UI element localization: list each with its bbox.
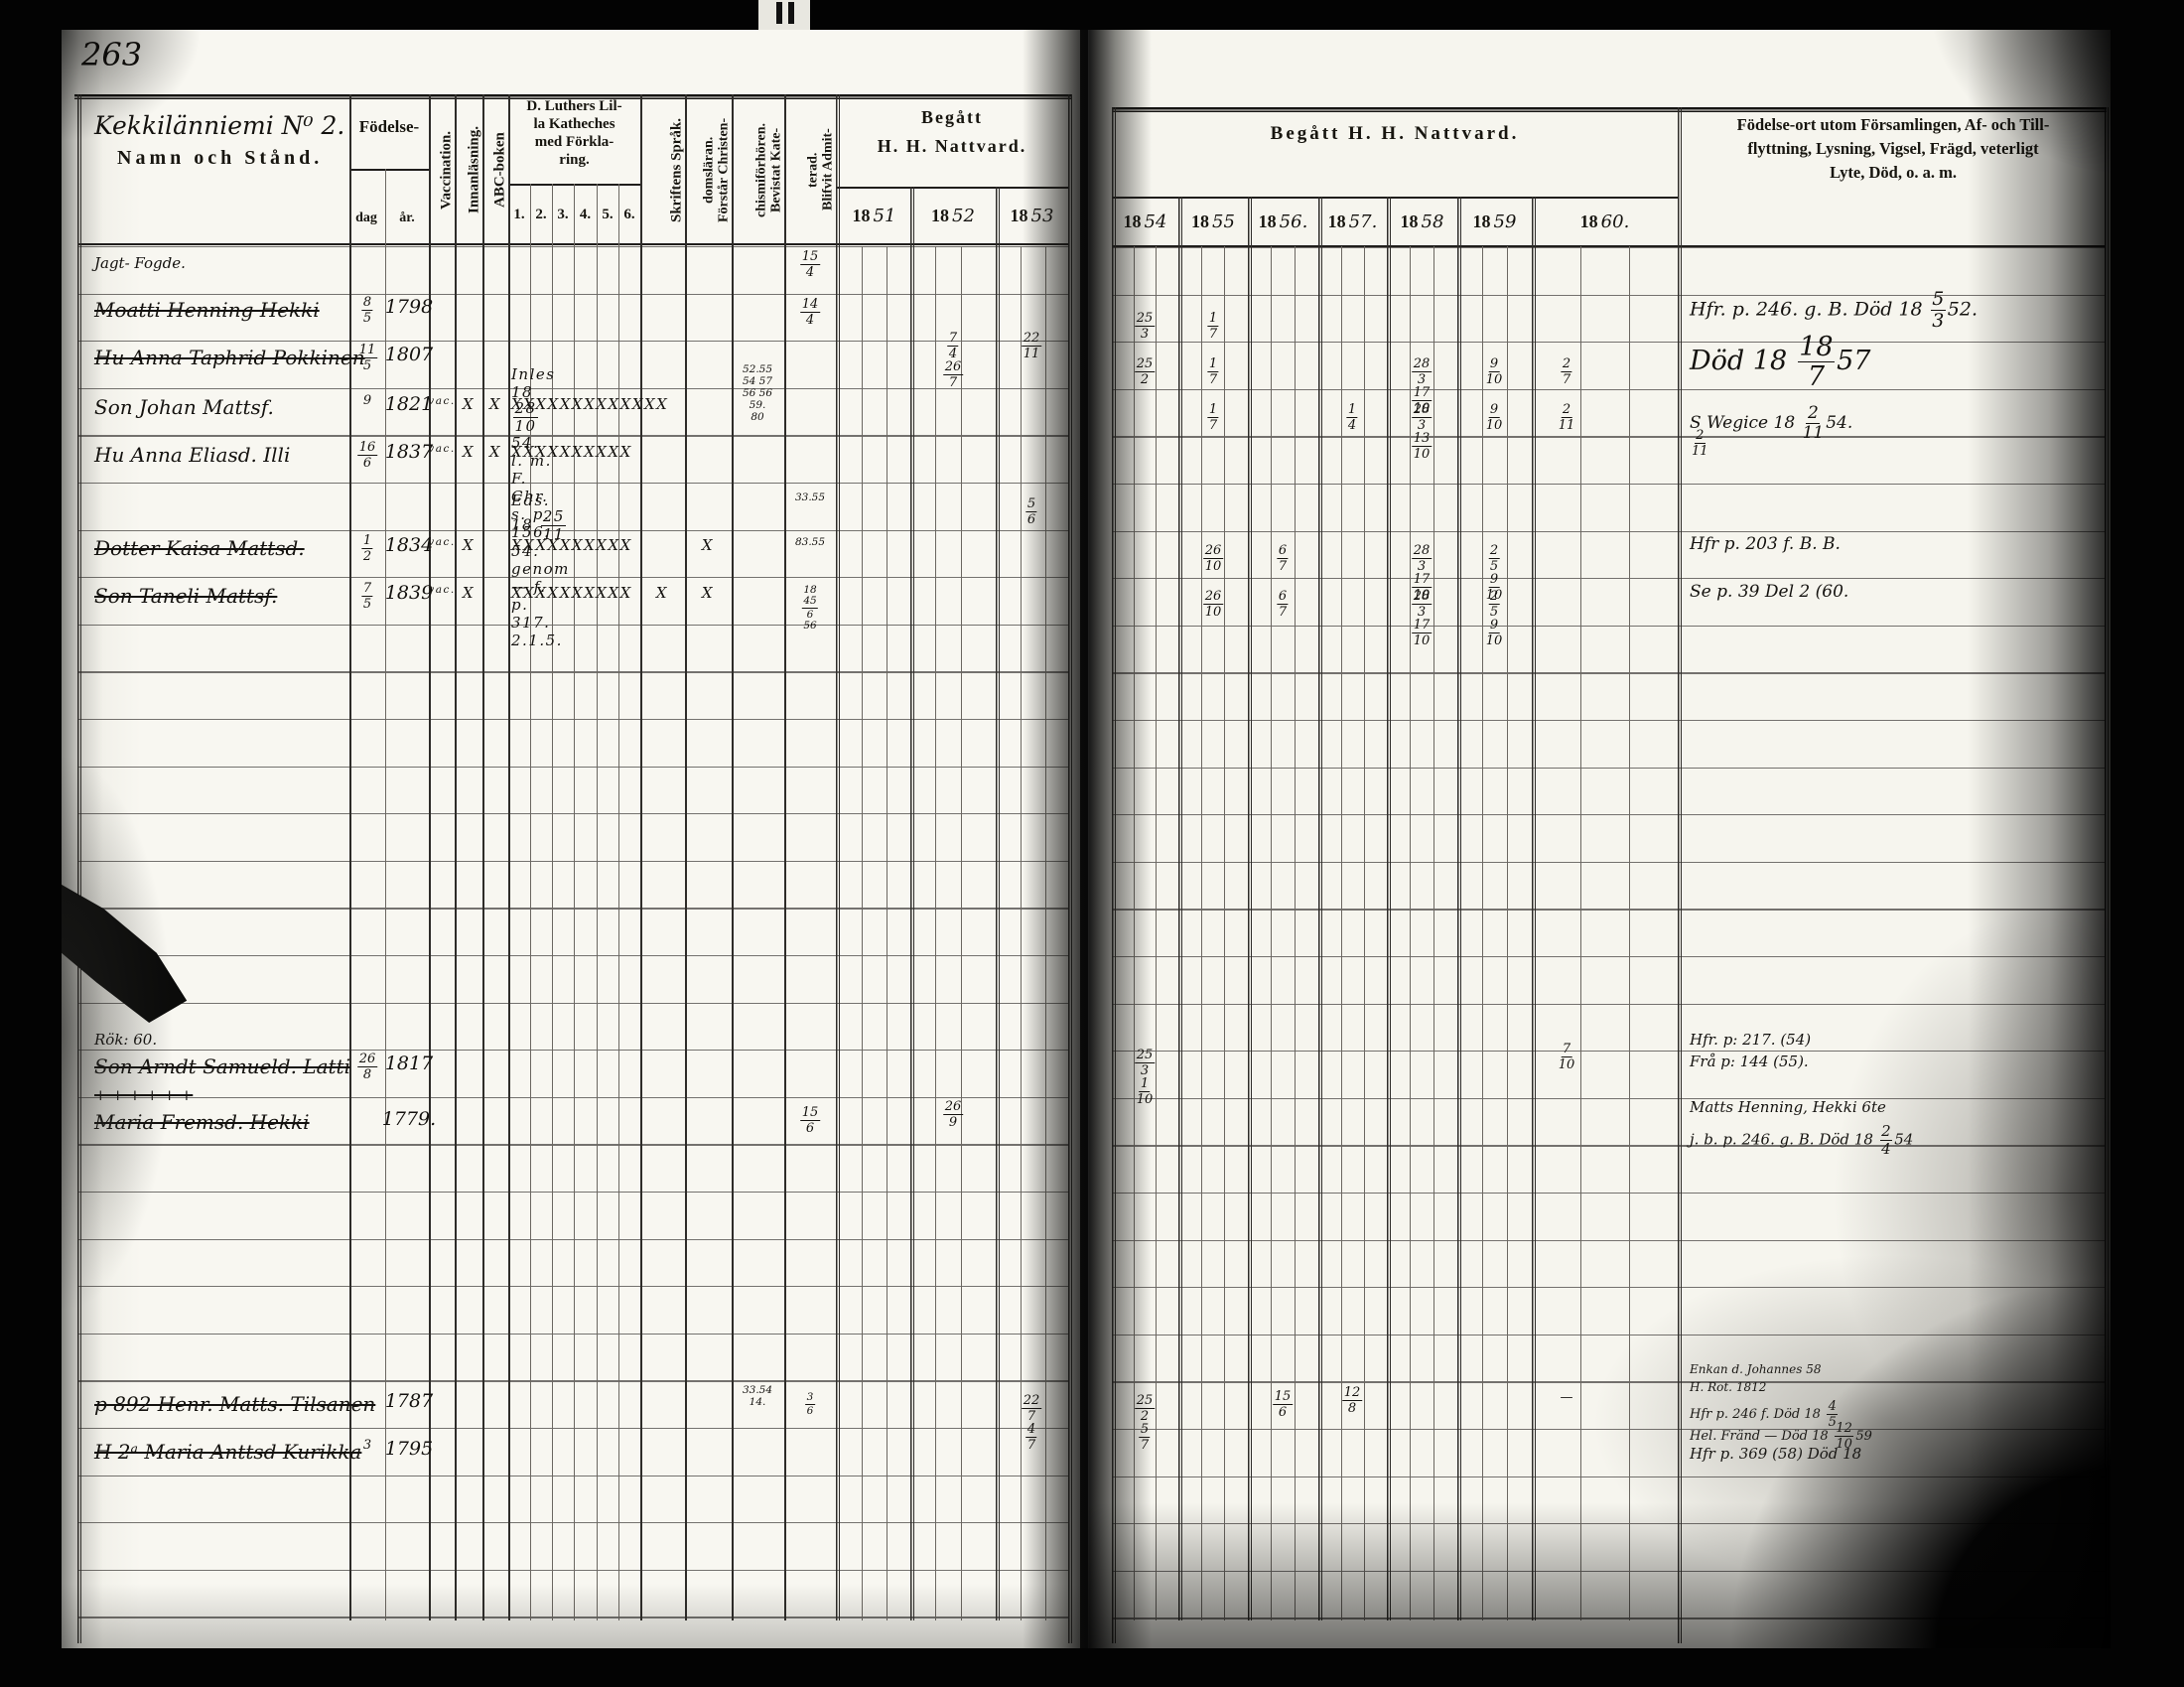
table-rule-h <box>1112 107 2107 112</box>
record-mark-y1852: 74267 <box>941 332 965 389</box>
table-rule-h <box>1112 814 2105 815</box>
table-rule-v <box>935 246 936 1620</box>
birth-day-value: 85 <box>359 296 374 325</box>
record-name: Jagt- Fogde. <box>94 254 186 272</box>
birth-day-header: dag <box>347 211 385 226</box>
table-rule-h <box>1112 342 2105 343</box>
record-mark-bevistat: 33.54 14. <box>743 1384 772 1408</box>
table-rule-v <box>732 94 734 1620</box>
top-film-border <box>0 0 2184 30</box>
catechism-part-header: 2. <box>530 207 552 223</box>
table-rule-v <box>862 246 863 1620</box>
record-mark-y1855: 17 <box>1205 403 1220 432</box>
record-mark-y1858: 2831710 <box>1410 590 1433 647</box>
record-name: Son Taneli Mattsf. <box>94 584 277 608</box>
abc-book-column-header: ABC-boken <box>482 99 508 240</box>
table-rule-h <box>77 908 1068 909</box>
record-name: Dotter Kaisa Mattsd. <box>94 536 305 560</box>
table-rule-h <box>77 1144 1068 1145</box>
table-rule-v <box>1224 246 1225 1620</box>
margin-note: H. Rot. 1812 <box>1690 1380 1766 1394</box>
record-name: Hu Anna Taphrid Pokkinen <box>94 346 365 369</box>
table-rule-v <box>1387 197 1391 1620</box>
birth-year-value: 1839 <box>385 582 433 604</box>
record-mark-y1856: 67 <box>1275 590 1290 619</box>
table-rule-h <box>77 861 1068 862</box>
record-mark-innan: X <box>463 395 475 413</box>
record-mark-y1858: 2831310 <box>1410 403 1433 461</box>
table-rule-h <box>1112 436 2105 437</box>
record-name: Hu Anna Eliasd. Illi <box>94 443 290 467</box>
understands-doctrine-column-header: Förstår Christen- domsläran. <box>685 99 732 240</box>
table-rule-h <box>77 530 1068 531</box>
record-mark-y1855: 2610 <box>1201 544 1225 573</box>
birth-year-value: 1807 <box>385 344 433 365</box>
record-name: Maria Fremsd. Hekki <box>94 1110 310 1134</box>
table-rule-h <box>77 388 1068 389</box>
table-rule-v <box>996 187 1000 1620</box>
table-rule-v <box>482 94 484 1620</box>
table-rule-h <box>1112 578 2105 579</box>
record-mark-vacc: vac. <box>428 536 455 548</box>
table-rule-h <box>77 1476 1068 1476</box>
table-rule-h <box>77 243 1068 245</box>
table-rule-h <box>77 1003 1068 1004</box>
catechism-exam-column-header: Bevistat Kate- chismiförhören. <box>732 99 784 240</box>
table-rule-h <box>1112 862 2105 863</box>
table-rule-h <box>77 341 1068 342</box>
record-mark-kat: XXXXXXXXXX <box>511 584 632 602</box>
margin-note: S Wegice 18 21154. <box>1690 405 1852 442</box>
catechism-part-header: 4. <box>574 207 597 223</box>
year-header-1855: 1855 <box>1178 199 1248 244</box>
table-rule-h <box>77 1617 1068 1617</box>
table-rule-h <box>77 671 1068 672</box>
record-mark-y1857: 128 <box>1340 1386 1364 1415</box>
year-header-1858: 1858 <box>1387 199 1457 244</box>
table-rule-h <box>77 1522 1068 1523</box>
table-rule-h <box>77 1050 1068 1051</box>
table-rule-v <box>1433 246 1434 1620</box>
table-rule-h <box>1112 1098 2105 1099</box>
table-rule-h <box>1112 1523 2105 1524</box>
table-rule-h <box>349 169 429 171</box>
table-rule-v <box>887 246 887 1620</box>
table-rule-h <box>1112 531 2105 532</box>
birth-day-value: 268 <box>355 1053 379 1081</box>
table-rule-h <box>77 1428 1068 1429</box>
film-frame-mark <box>758 0 810 30</box>
table-rule-h <box>77 435 1068 436</box>
table-rule-h <box>1112 247 2105 248</box>
table-rule-v <box>1629 246 1630 1620</box>
record-mark-y1856: 156 <box>1271 1390 1295 1419</box>
table-rule-h <box>1112 1287 2105 1288</box>
birth-year-value: 1795 <box>385 1438 433 1460</box>
birth-day-value: 166 <box>355 441 379 470</box>
year-header-1851: 1851 <box>838 189 910 243</box>
vaccination-column-header: Vaccination. <box>428 99 455 240</box>
table-rule-h <box>77 813 1068 814</box>
table-rule-h <box>1112 484 2105 485</box>
record-mark-admit: 144 <box>798 298 822 327</box>
table-rule-v <box>1178 197 1182 1620</box>
table-rule-h <box>1112 1004 2105 1005</box>
table-rule-h <box>77 1097 1068 1098</box>
record-mark-admit: 154 <box>798 250 822 279</box>
table-rule-h <box>1112 626 2105 627</box>
margin-note: Död 18 18757 <box>1690 334 1870 390</box>
record-mark-admit: 33.55 <box>795 492 825 503</box>
birth-day-value: 9 <box>363 393 371 408</box>
record-mark-y1855: 17 <box>1205 357 1220 386</box>
record-mark-y1859: 910 <box>1484 357 1505 386</box>
bottom-film-border <box>0 1648 2184 1687</box>
table-rule-v <box>685 94 687 1620</box>
record-mark-y1860: — <box>1561 1390 1573 1405</box>
record-name: Son Arndt Samueld. Latti <box>94 1054 350 1078</box>
table-rule-h <box>1112 1193 2105 1194</box>
table-rule-h <box>77 1380 1068 1381</box>
record-mark-y1856: 67 <box>1275 544 1290 573</box>
record-mark-sprak: X <box>656 584 668 602</box>
record-mark-kat: Eds. 18 251154. genom — f. p. 317. 2.1.5… <box>511 492 570 649</box>
table-rule-v <box>1201 246 1202 1620</box>
record-mark-y1859: 25910 <box>1484 590 1505 647</box>
record-mark-abc: X <box>489 395 501 413</box>
record-mark-kat: XXXXXXXXXX <box>511 443 632 461</box>
record-name: Moatti Henning Hekki <box>94 298 320 322</box>
year-header-1859: 1859 <box>1457 199 1532 244</box>
table-rule-h <box>1112 1571 2105 1572</box>
record-mark-vacc: vac. <box>428 443 455 455</box>
margin-note: Frå p: 144 (55). <box>1690 1053 1809 1070</box>
table-rule-h <box>77 1334 1068 1335</box>
table-rule-v <box>1532 197 1536 1620</box>
table-rule-v <box>1580 246 1581 1620</box>
catechism-part-header: 6. <box>618 207 640 223</box>
table-rule-h <box>1112 909 2105 910</box>
table-rule-h <box>1112 1240 2105 1241</box>
table-rule-h <box>77 246 1068 247</box>
table-rule-h <box>77 294 1068 295</box>
table-rule-h <box>77 483 1068 484</box>
record-mark-admit: 156 <box>798 1106 822 1135</box>
margin-note: Enkan d. Johannes 58 <box>1690 1362 1822 1376</box>
record-mark-y1857: 14 <box>1344 403 1359 432</box>
record-mark-admit: 18 45656 <box>800 584 820 632</box>
record-name: Son Johan Mattsf. <box>94 395 274 419</box>
record-name: Rök: 60. <box>94 1031 157 1049</box>
table-rule-v <box>1318 197 1322 1620</box>
record-mark-y1860: 710 <box>1557 1043 1577 1071</box>
record-mark-vacc: vac. <box>428 584 455 596</box>
record-name: + + + + + + <box>94 1086 193 1104</box>
record-mark-bevistat: 52.55 54 57 56 56 59. 80 <box>743 363 772 423</box>
table-rule-h <box>77 577 1068 578</box>
record-mark-vacc: vac. <box>428 395 455 407</box>
birth-year-header: år. <box>385 211 429 226</box>
catechism-part-header: 3. <box>552 207 574 223</box>
record-mark-innan: X <box>463 584 475 602</box>
table-rule-v <box>2105 107 2109 1643</box>
table-rule-h <box>77 719 1068 720</box>
table-rule-h <box>74 94 1072 99</box>
script-language-column-header: Skriftens Språk. <box>640 99 685 240</box>
record-mark-abc: X <box>489 443 501 461</box>
page-number: 263 <box>81 36 142 73</box>
table-rule-v <box>1507 246 1508 1620</box>
namn-och-stand-header: Namn och Stånd. <box>117 147 323 170</box>
table-rule-h <box>1112 672 2105 673</box>
table-rule-v <box>961 246 962 1620</box>
record-mark-y1859: 910 <box>1484 403 1505 432</box>
right-page-paper <box>1088 30 2111 1648</box>
birth-year-value: 1779. <box>382 1108 436 1130</box>
table-rule-h <box>77 1570 1068 1571</box>
record-mark-admit: 36 <box>803 1392 817 1416</box>
birth-year-value: 1787 <box>385 1390 433 1412</box>
record-name: H 2ᵃ Maria Anttsd Kurikka <box>94 1440 361 1464</box>
margin-note: Hfr p. 203 f. B. B. <box>1690 534 1841 554</box>
record-mark-innan: X <box>463 443 475 461</box>
year-header-1856: 1856. <box>1248 199 1318 244</box>
table-rule-h <box>1112 1617 2105 1618</box>
birth-year-value: 1821 <box>385 393 433 415</box>
birth-day-value: 75 <box>359 582 374 611</box>
catechism-part-header: 5. <box>597 207 618 223</box>
table-rule-v <box>640 94 642 1620</box>
table-rule-v <box>784 94 786 1620</box>
table-rule-h <box>77 625 1068 626</box>
table-rule-h <box>1112 1429 2105 1430</box>
table-rule-v <box>1678 107 1682 1643</box>
table-rule-h <box>77 1239 1068 1240</box>
margin-note: 211 <box>1690 429 1710 458</box>
record-mark-y1855: 2610 <box>1201 590 1225 619</box>
birth-year-value: 1817 <box>385 1053 433 1074</box>
table-rule-h <box>77 955 1068 956</box>
record-mark-y1852: 269 <box>941 1100 965 1129</box>
table-rule-h <box>1112 1145 2105 1146</box>
table-rule-h <box>1112 389 2105 390</box>
record-mark-kat: XXXXXXXXXX <box>511 536 632 554</box>
margin-note: Hfr. p: 217. (54) <box>1690 1031 1811 1049</box>
margin-note: j. b. p. 246. g. B. Död 18 2454 <box>1690 1124 1913 1157</box>
table-rule-h <box>1112 768 2105 769</box>
communion-header-right: Begått H. H. Nattvard. <box>1112 123 1678 145</box>
table-rule-v <box>77 94 81 1643</box>
birth-column-header: Födelse- <box>349 117 429 137</box>
table-rule-h <box>1112 720 2105 721</box>
admitted-column-header: Blifvit Admit- terad. <box>784 99 836 240</box>
table-rule-h <box>77 1286 1068 1287</box>
table-rule-h <box>1112 956 2105 957</box>
margin-note: Matts Henning, Hekki 6te <box>1690 1098 1886 1116</box>
record-mark-y1855: 17 <box>1205 312 1220 341</box>
table-rule-h <box>1112 1476 2105 1477</box>
book-gutter-shadow <box>1023 30 1152 1648</box>
table-rule-h <box>1112 1381 2105 1382</box>
year-header-1860: 1860. <box>1532 199 1678 244</box>
margin-note: Hfr. p. 246. g. B. Död 18 5352. <box>1690 290 1978 331</box>
margin-note: Hfr p. 369 (58) Död 18 <box>1690 1445 1861 1463</box>
birth-day-value: 12 <box>359 534 374 563</box>
record-mark-admit: 83.55 <box>795 536 825 548</box>
catechism-part-header: 1. <box>508 207 530 223</box>
table-rule-v <box>1364 246 1365 1620</box>
table-rule-v <box>455 94 457 1620</box>
table-rule-v <box>1482 246 1483 1620</box>
right-film-border <box>2111 0 2184 1687</box>
record-mark-kat: XXXXXXXXXXXXX <box>511 395 668 413</box>
notes-column-header: Födelse-ort utom Församlingen, Af- och T… <box>1686 113 2101 185</box>
record-mark-forstar: X <box>702 584 714 602</box>
year-header-1852: 1852 <box>910 189 996 243</box>
birth-year-value: 1837 <box>385 441 433 463</box>
table-rule-v <box>1295 246 1296 1620</box>
year-header-1857: 1857. <box>1318 199 1387 244</box>
table-rule-v <box>836 94 840 1620</box>
reading-column-header: Innanläsning. <box>455 99 482 240</box>
table-rule-h <box>1112 1051 2105 1052</box>
catechism-column-header: D. Luthers Lil- la Katheches med Förkla-… <box>508 97 640 169</box>
table-rule-v <box>1248 197 1252 1620</box>
birth-day-value: 115 <box>355 344 379 372</box>
margin-note: Se p. 39 Del 2 (60. <box>1690 582 1848 602</box>
scanned-register-page: 263 Kekkilänniemi N⁰ 2. Namn och Stånd. … <box>0 0 2184 1687</box>
table-rule-v <box>508 94 510 1620</box>
table-rule-v <box>1457 197 1461 1620</box>
birth-year-value: 1798 <box>385 296 433 318</box>
district-title-handwritten: Kekkilänniemi N⁰ 2. <box>94 111 344 140</box>
record-mark-y1860: 27 <box>1559 357 1573 386</box>
record-name: p 892 Henr. Matts. Tilsanen <box>94 1392 375 1416</box>
record-mark-forstar: X <box>702 536 714 554</box>
birth-year-value: 1834 <box>385 534 433 556</box>
record-mark-innan: X <box>463 536 475 554</box>
table-rule-h <box>77 1192 1068 1193</box>
left-film-border <box>0 0 62 1687</box>
table-rule-v <box>910 187 914 1620</box>
record-mark-y1860: 211 <box>1557 403 1577 432</box>
birth-day-value: 3 <box>363 1438 371 1453</box>
table-rule-h <box>1112 1335 2105 1336</box>
table-rule-h <box>77 767 1068 768</box>
